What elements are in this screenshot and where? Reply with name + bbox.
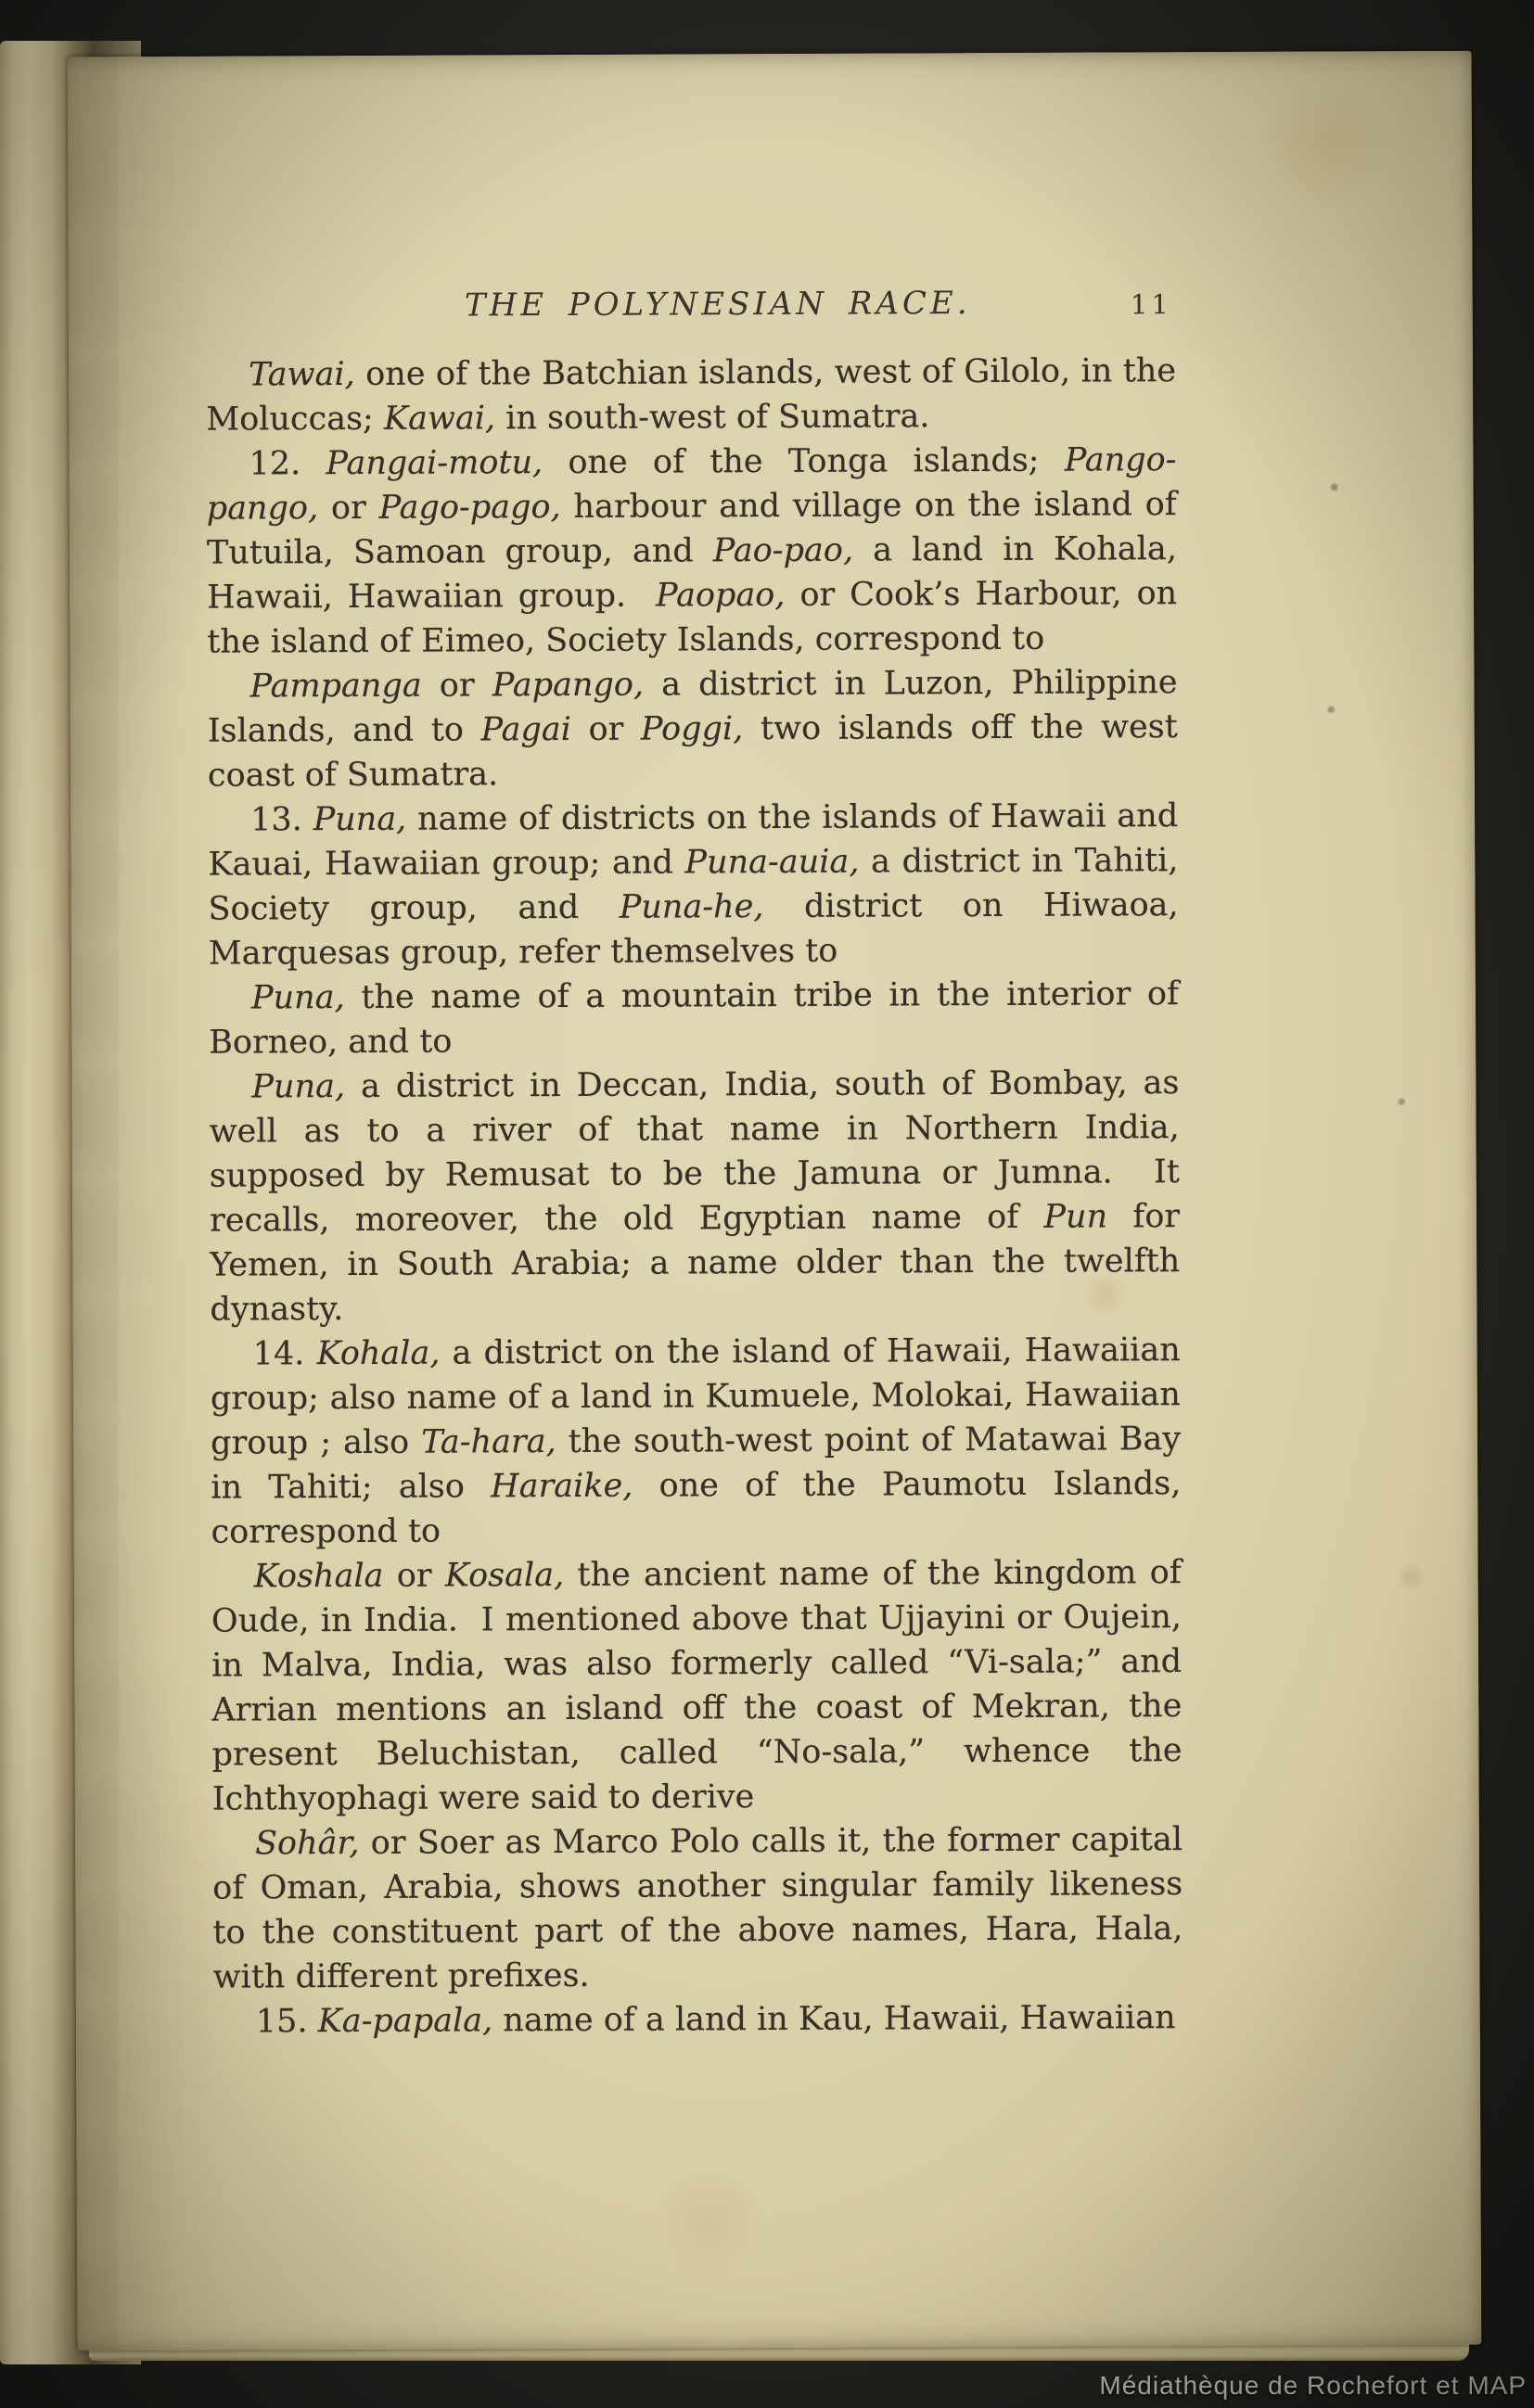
book-page: THE POLYNESIAN RACE. 11 Tawai, one of th… xyxy=(68,51,1482,2351)
paragraph: Koshala or Kosala, the ancient name of t… xyxy=(211,1550,1182,1822)
italic-term: Pago-pago, xyxy=(379,489,561,527)
italic-term: Pagai xyxy=(480,711,570,748)
italic-term: Koshala xyxy=(254,1558,384,1596)
scanned-book-page: THE POLYNESIAN RACE. 11 Tawai, one of th… xyxy=(0,0,1534,2408)
paragraph: Sohâr, or Soer as Marco Polo calls it, t… xyxy=(212,1817,1183,2000)
running-head: THE POLYNESIAN RACE. 11 xyxy=(206,284,1176,325)
text-run: 13. xyxy=(250,801,313,838)
italic-term: Pao-pao, xyxy=(713,532,853,570)
italic-term: Puna-auia, xyxy=(684,844,859,882)
italic-term: Pun xyxy=(1043,1198,1107,1235)
italic-term: Puna, xyxy=(251,1068,345,1105)
text-run: name of a land in Kau, Hawaii, Hawaiian xyxy=(492,1999,1176,2039)
text-run: one of the Tonga islands; xyxy=(543,442,1065,481)
italic-term: Pangai-motu, xyxy=(326,444,543,482)
watermark-credit: Médiathèque de Rochefort et MAP xyxy=(1099,2371,1527,2401)
italic-term: Kosala, xyxy=(445,1557,564,1595)
italic-term: Tawai, xyxy=(249,356,355,393)
text-run: or xyxy=(383,1558,445,1595)
italic-term: Haraike, xyxy=(491,1468,633,1506)
italic-term: Kawai, xyxy=(384,400,495,438)
italic-term: Pampanga xyxy=(249,668,421,706)
page-number: 11 xyxy=(1131,288,1172,320)
paragraph: Pampanga or Papango, a district in Luzon… xyxy=(207,660,1178,798)
text-run: 12. xyxy=(249,445,326,482)
paragraph: 15. Ka-papala, name of a land in Kau, Ha… xyxy=(213,1995,1183,2045)
text-run: in south-west of Sumatra. xyxy=(495,398,930,437)
text-run: a district in Deccan, India, south of Bo… xyxy=(210,1064,1180,1240)
italic-term: Puna, xyxy=(313,801,407,838)
text-run: 14. xyxy=(253,1335,317,1372)
italic-term: Puna, xyxy=(251,979,345,1016)
italic-term: Ta-hara, xyxy=(421,1423,556,1461)
italic-term: Sohâr, xyxy=(255,1825,360,1862)
page-title: THE POLYNESIAN RACE. xyxy=(206,284,1176,325)
paragraph: 13. Puna, name of districts on the islan… xyxy=(208,794,1179,976)
paragraph: Tawai, one of the Batchian islands, west… xyxy=(206,349,1176,442)
italic-term: Kohala, xyxy=(316,1335,440,1373)
paragraph: Puna, the name of a mountain tribe in th… xyxy=(209,972,1179,1065)
text-run: or xyxy=(318,490,379,527)
italic-term: Ka-papala, xyxy=(318,2002,493,2040)
body-text: Tawai, one of the Batchian islands, west… xyxy=(206,349,1183,2045)
italic-term: Puna-he, xyxy=(620,888,764,926)
italic-term: Paopao, xyxy=(656,577,786,615)
text-run: or Soer as Marco Polo calls it, the form… xyxy=(212,1821,1182,1996)
paragraph: 12. Pangai-motu, one of the Tonga island… xyxy=(206,438,1177,665)
italic-term: Poggi, xyxy=(641,710,744,747)
italic-term: Papango, xyxy=(492,667,644,705)
text-run: or xyxy=(422,667,492,704)
paragraph: Puna, a district in Deccan, India, south… xyxy=(209,1061,1180,1332)
text-run: the name of a mountain tribe in the inte… xyxy=(209,975,1179,1062)
text-run: 15. xyxy=(256,2003,318,2040)
paragraph: 14. Kohala, a district on the island of … xyxy=(211,1328,1182,1555)
text-run: or xyxy=(571,711,641,748)
